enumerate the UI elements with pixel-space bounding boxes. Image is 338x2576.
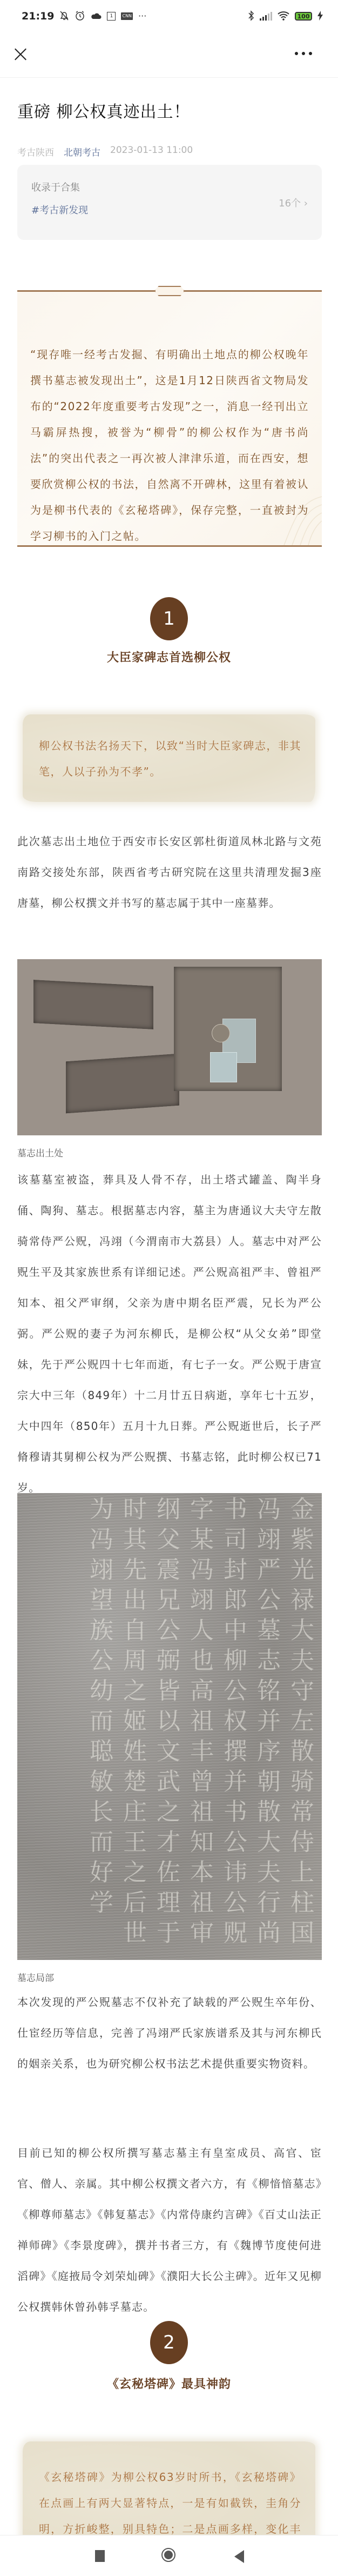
collection-tag[interactable]: #考古新发现 xyxy=(31,203,308,217)
section-number-badge: 1 xyxy=(150,597,188,640)
nav-bar xyxy=(0,32,338,78)
bell-off-icon xyxy=(59,10,69,23)
epitaph-detail-photo: 金紫光禄大夫守左散骑常侍上柱国冯翊严公墓志铭并序朝散大夫行尚书司封郎中柳公权撰并… xyxy=(17,1493,322,1960)
collection-card[interactable]: 收录于合集 #考古新发现 16个 › xyxy=(17,165,322,240)
status-bar-right: 100 xyxy=(248,10,323,23)
charging-icon xyxy=(317,11,323,22)
quote-text: 柳公权书法名扬天下，以致“当时大臣家碑志，非其笔，人以子孙为不孝”。 xyxy=(39,733,301,785)
wifi-icon xyxy=(278,11,289,22)
system-nav-bar xyxy=(0,2535,338,2576)
article-author-link[interactable]: 北朝考古 xyxy=(64,145,100,158)
summary-text: “现存唯一经考古发掘、有明确出土地点的柳公权晚年撰书墓志被发现出土”，这是1月1… xyxy=(30,342,309,549)
collection-count[interactable]: 16个 › xyxy=(279,196,308,210)
battery-icon: 100 xyxy=(295,12,312,21)
bluetooth-icon xyxy=(248,10,254,23)
status-bar-left: 21:19 1 CNN ··· xyxy=(22,10,146,23)
home-button[interactable] xyxy=(161,2548,175,2562)
more-notifications-icon: ··· xyxy=(138,12,146,21)
article-title: 重磅 柳公权真迹出土！ xyxy=(17,98,191,122)
cnn-icon: CNN xyxy=(121,12,133,20)
signal-icon xyxy=(260,12,272,21)
tomb-site-photo xyxy=(17,959,322,1135)
body-paragraph: 目前已知的柳公权所撰写墓志墓主有皇室成员、高官、宦官、僧人、亲属。其中柳公权撰文… xyxy=(17,2138,322,2323)
cloud-icon xyxy=(91,12,102,21)
back-button[interactable] xyxy=(234,2550,244,2563)
more-icon[interactable] xyxy=(295,52,312,55)
body-paragraph: 本次发现的严公贶墓志不仅补充了缺载的严公贶生卒年份、仕宦经历等信息，完善了冯翊严… xyxy=(17,1987,322,2079)
summary-box: “现存唯一经考古发掘、有明确出土地点的柳公权晚年撰书墓志被发现出土”，这是1月1… xyxy=(17,290,322,547)
recents-button[interactable] xyxy=(95,2550,105,2562)
alarm-icon xyxy=(75,10,85,23)
image-caption: 墓志局部 xyxy=(17,1970,54,1984)
status-time: 21:19 xyxy=(22,10,54,22)
body-paragraph: 此次墓志出土地位于西安市长安区郭杜街道凤林北路与文苑南路交接处东部，陕西省考古研… xyxy=(17,826,322,919)
article-source: 考古陕西 xyxy=(17,145,54,158)
image-caption: 墓志出土处 xyxy=(17,1146,63,1159)
status-bar: 21:19 1 CNN ··· 100 xyxy=(0,0,338,32)
collection-label: 收录于合集 xyxy=(31,180,308,194)
quote-box: 柳公权书法名扬天下，以致“当时大臣家碑志，非其笔，人以子孙为不孝”。 xyxy=(23,714,315,802)
section-title: 大臣家碑志首选柳公权 xyxy=(0,648,338,665)
body-paragraph: 该墓墓室被盗，葬具及人骨不存，出土塔式罐盖、陶半身俑、陶狗、墓志。根据墓志内容，… xyxy=(17,1165,322,1503)
article-datetime: 2023-01-13 11:00 xyxy=(110,145,193,158)
close-icon[interactable] xyxy=(10,43,31,65)
section-number-badge: 2 xyxy=(150,2321,188,2364)
article-meta: 考古陕西 北朝考古 2023-01-13 11:00 xyxy=(17,145,193,158)
section-title: 《玄秘塔碑》最具神韵 xyxy=(0,2375,338,2392)
summary-ornament-inner xyxy=(156,287,184,295)
calendar-icon: 1 xyxy=(107,12,116,21)
inscription-characters: 金紫光禄大夫守左散骑常侍上柱国冯翊严公墓志铭并序朝散大夫行尚书司封郎中柳公权撰并… xyxy=(17,1493,322,1960)
